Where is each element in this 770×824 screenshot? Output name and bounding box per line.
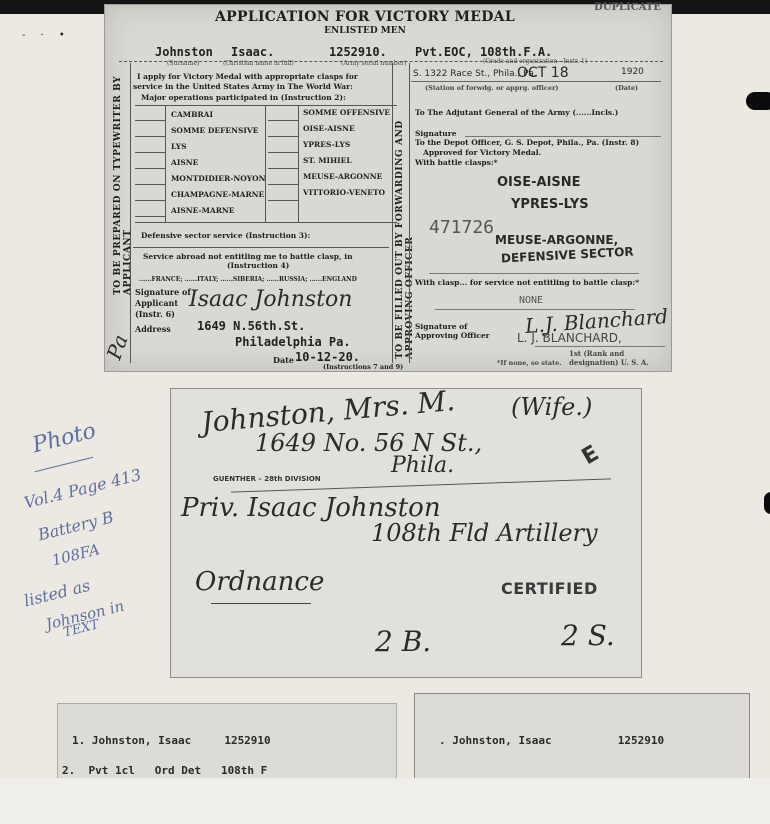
approved-clasp-1: OISE-AISNE: [497, 175, 581, 190]
battle-clasps-label: With battle clasps:*: [415, 158, 498, 167]
operation-left-item: CHAMPAGNE-MARNE: [171, 190, 264, 199]
duplicate-stamp: DUPLICATE: [594, 2, 661, 13]
signature-line: Signature: [415, 129, 456, 138]
approved-clasp-3: MEUSE-ARGONNE,: [495, 233, 618, 247]
grade-organization-value: Pvt.EOC, 108th.F.A.: [415, 45, 552, 59]
operation-checkbox-line: [135, 200, 165, 201]
card-title: APPLICATION FOR VICTORY MEDAL: [105, 9, 625, 25]
operation-right-item: SOMME OFFENSIVE: [303, 108, 390, 117]
station-date: OCT 18: [517, 65, 569, 81]
operation-left-item: AISNE-MARNE: [171, 206, 235, 215]
service-abroad-label: Service abroad not entitling me to battl…: [143, 252, 353, 261]
station-caption: (Station of forwdg. or apprg. officer): [425, 84, 559, 92]
approving-signature-label: Signature of: [415, 322, 467, 331]
address-line-1: 1649 N.56th.St.: [197, 319, 305, 333]
margin-initials: Pa: [102, 331, 133, 362]
adjutant-line: To The Adjutant General of the Army (...…: [415, 108, 618, 117]
signature-label: Signature of: [135, 287, 191, 297]
operation-left-item: MONTDIDIER-NOYON: [171, 174, 266, 183]
approved-line: Approved for Victory Medal.: [423, 148, 541, 157]
stamp-e: E: [578, 441, 604, 470]
victory-medal-application-card: APPLICATION FOR VICTORY MEDAL ENLISTED M…: [104, 4, 672, 372]
approving-officer-stamp: L. J. BLANCHARD,: [517, 331, 622, 345]
binder-hole: [746, 92, 770, 110]
depot-line: To the Depot Officer, G. S. Depot, Phila…: [415, 138, 639, 147]
approved-clasp-2: YPRES-LYS: [511, 197, 589, 212]
handwritten-unit: 108th Fld Artillery: [371, 519, 598, 547]
defensive-sector-label: Defensive sector service (Instruction 3)…: [141, 231, 310, 240]
operation-checkbox-line: [268, 168, 298, 169]
applicant-label: Applicant: [135, 298, 178, 308]
operation-checkbox-line: [135, 136, 165, 137]
surname-value: Johnston: [155, 45, 213, 59]
christian-caption: (Christian name in full): [223, 60, 294, 67]
card-subtitle: ENLISTED MEN: [105, 26, 625, 36]
operation-checkbox-line: [135, 120, 165, 121]
approving-officer-label: Approving Officer: [415, 331, 490, 340]
slip1-line2: 2. Pvt 1cl Ord Det 108th F: [62, 764, 267, 777]
page-bottom-overlay: [0, 778, 770, 824]
vertical-officer-instruction: TO BE FILLED OUT BY FORWARDING AND APPRO…: [395, 69, 415, 359]
serial-number-value: 1252910.: [329, 45, 387, 59]
none-value: NONE: [519, 295, 543, 306]
instructions-note: (Instructions 7 and 9): [323, 363, 403, 371]
slip1-line1: 1. Johnston, Isaac 1252910: [72, 734, 271, 747]
certified-stamp: CERTIFIED: [501, 579, 598, 598]
instr6-label: (Instr. 6): [135, 309, 175, 319]
operation-left-item: CAMBRAI: [171, 110, 213, 119]
with-clasp-line: With clasp... for service not entitling …: [415, 278, 639, 287]
operation-checkbox-line: [135, 216, 165, 217]
operation-right-item: MEUSE-ARGONNE: [303, 172, 382, 181]
operation-left-item: AISNE: [171, 158, 198, 167]
surname-caption: (Surname): [167, 60, 199, 67]
operations-table: CAMBRAISOMME DEFENSIVELYSAISNEMONTDIDIER…: [135, 105, 397, 223]
operation-checkbox-line: [268, 136, 298, 137]
apply-text-2: service in the United States Army in The…: [133, 82, 353, 91]
station-year: 1920: [621, 67, 644, 77]
code-left: 2 B.: [375, 625, 431, 658]
rank-caption: 1st (Rank and designation) U. S. A.: [569, 349, 671, 367]
grade-caption: (Grade and organization—Instr. 1): [483, 58, 587, 65]
apply-text-1: I apply for Victory Medal with appropria…: [137, 72, 358, 81]
index-card: Johnston, Mrs. M. (Wife.) 1649 No. 56 N …: [170, 388, 642, 678]
address-line-2: Philadelphia Pa.: [235, 335, 351, 349]
operation-checkbox-line: [135, 184, 165, 185]
typed-slip-1: 1. Johnston, Isaac 1252910 2. Pvt 1cl Or…: [57, 703, 397, 780]
operation-right-item: ST. MIHIEL: [303, 156, 352, 165]
operation-checkbox-line: [268, 184, 298, 185]
typed-slip-2: . Johnston, Isaac 1252910: [414, 693, 750, 780]
handwritten-city: Phila.: [391, 453, 454, 478]
pencil-marks: - · •: [22, 30, 71, 41]
operation-checkbox-line: [135, 152, 165, 153]
date-caption: (Date): [615, 84, 638, 92]
serial-caption: (Army serial number): [341, 60, 406, 67]
countries-list: ......FRANCE; ......ITALY; ......SIBERIA…: [139, 276, 357, 283]
service-abroad-instruction: (Instruction 4): [227, 261, 289, 270]
handwritten-ordnance: Ordnance: [195, 567, 324, 597]
if-none-note: *If none, so state.: [497, 359, 561, 367]
slip2-line1: . Johnston, Isaac 1252910: [439, 734, 664, 747]
date-value: 10-12-20.: [295, 350, 360, 364]
operation-right-item: OISE-AISNE: [303, 124, 355, 133]
binder-hole: [764, 492, 770, 514]
left-divider: [130, 63, 131, 363]
stamp-number: 471726: [429, 217, 494, 238]
date-label: Date: [273, 355, 294, 365]
operation-checkbox-line: [135, 168, 165, 169]
handwritten-wife: (Wife.): [511, 393, 592, 421]
operation-right-item: YPRES-LYS: [303, 140, 350, 149]
operation-checkbox-line: [268, 200, 298, 201]
approved-clasp-4: DEFENSIVE SECTOR: [501, 245, 634, 266]
apply-text-3: Major operations participated in (Instru…: [141, 93, 346, 102]
applicant-signature: Isaac Johnston: [189, 287, 352, 312]
operation-checkbox-line: [268, 152, 298, 153]
operation-left-item: LYS: [171, 142, 187, 151]
operation-left-item: SOMME DEFENSIVE: [171, 126, 258, 135]
christian-name-value: Isaac.: [231, 45, 274, 59]
address-label: Address: [135, 324, 171, 334]
guenther-stamp: GUENTHER – 28th DIVISION: [213, 475, 321, 483]
name-line: Johnston Isaac. 1252910. Pvt.EOC, 108th.…: [119, 39, 663, 62]
middle-divider-2: [409, 63, 410, 363]
operation-checkbox-line: [268, 120, 298, 121]
code-right: 2 S.: [561, 619, 615, 652]
operation-right-item: VITTORIO-VENETO: [303, 188, 385, 197]
